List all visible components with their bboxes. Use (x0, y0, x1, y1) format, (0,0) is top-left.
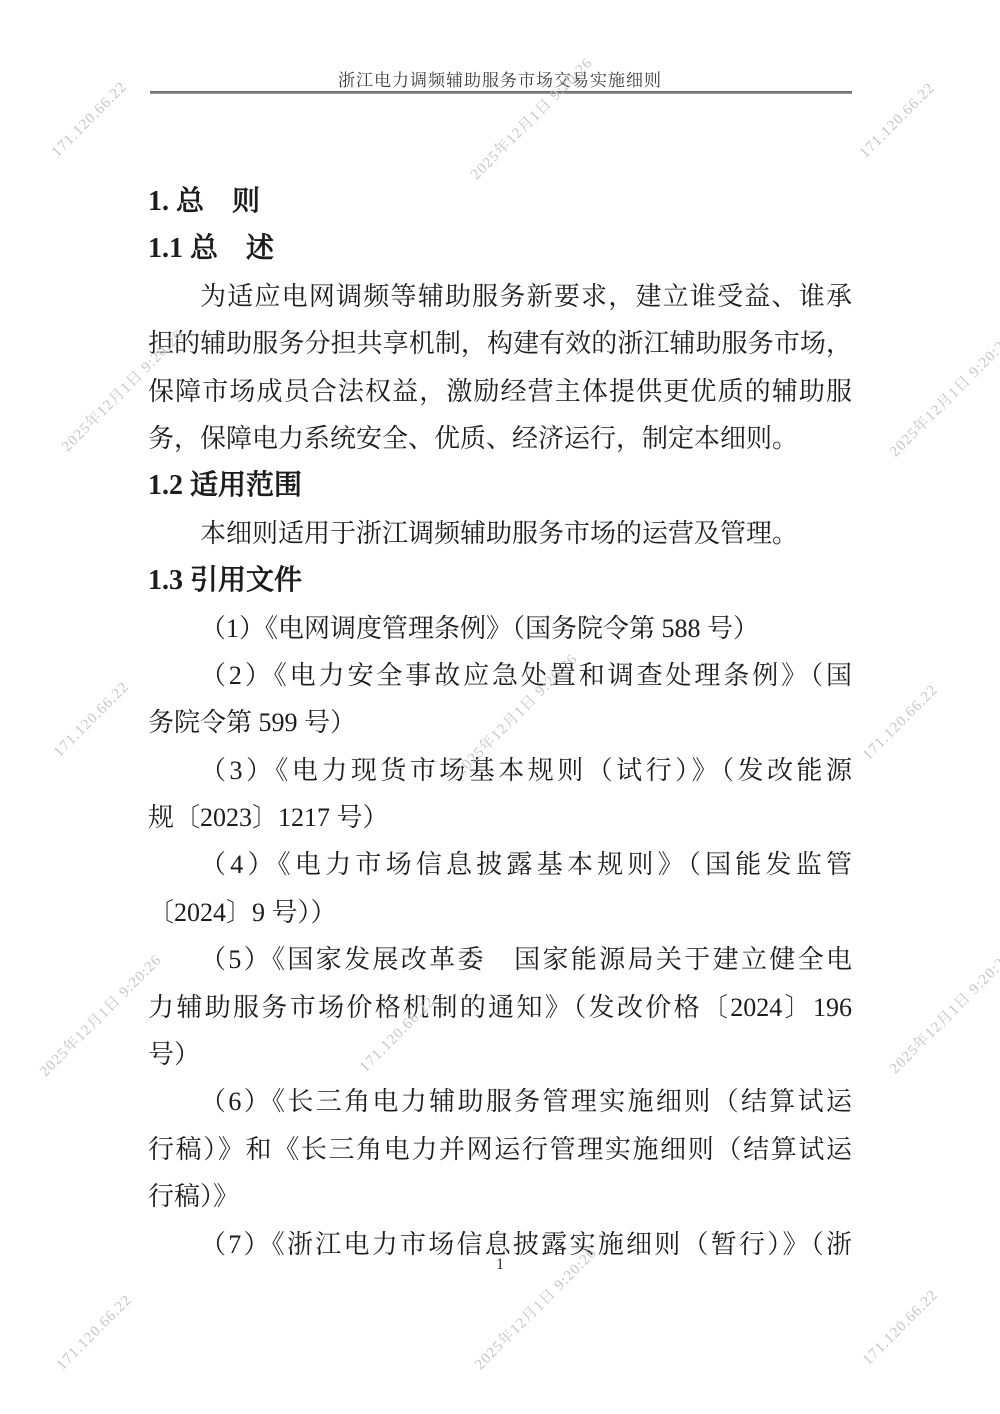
watermark-ip-address: 171.120.66.22 (857, 80, 939, 162)
text-line: 务院令第 599 号） (148, 699, 852, 746)
text-line: （4）《电力市场信息披露基本规则》（国能发监管 (148, 841, 852, 888)
watermark-datetime: 2025年12月1日 9:20:26 (884, 946, 1000, 1078)
text-line: 力辅助服务市场价格机制的通知》（发改价格〔2024〕196 (148, 984, 852, 1031)
text-line: 本细则适用于浙江调频辅助服务市场的运营及管理。 (148, 510, 852, 557)
text-line: 担的辅助服务分担共享机制，构建有效的浙江辅助服务市场， (148, 320, 852, 367)
page-number: 1 (0, 1256, 1000, 1274)
text-line: 行稿）》和《长三角电力并网运行管理实施细则（结算试运 (148, 1126, 852, 1173)
watermark-ip-address: 171.120.66.22 (49, 79, 131, 161)
heading-2: 1.1 总 述 (148, 225, 852, 272)
page-header-title: 浙江电力调频辅助服务市场交易实施细则 (0, 66, 1000, 91)
watermark-datetime: 2025年12月1日 9:20:26 (34, 949, 166, 1081)
text-line: 号） (148, 1031, 852, 1078)
heading-2: 1.3 引用文件 (148, 557, 852, 604)
text-line: 行稿）》 (148, 1173, 852, 1220)
text-line: 保障市场成员合法权益，激励经营主体提供更优质的辅助服 (148, 368, 852, 415)
watermark-ip-address: 171.120.66.22 (54, 1292, 136, 1374)
text-line: 务，保障电力系统安全、优质、经济运行，制定本细则。 (148, 415, 852, 462)
document-body: 1. 总 则1.1 总 述为适应电网调频等辅助服务新要求，建立谁受益、谁承担的辅… (148, 178, 852, 1268)
document-page: 浙江电力调频辅助服务市场交易实施细则 1. 总 则1.1 总 述为适应电网调频等… (0, 0, 1000, 1414)
text-line: （3）《电力现货市场基本规则（试行）》（发改能源 (148, 747, 852, 794)
text-line: （2）《电力安全事故应急处置和调查处理条例》（国 (148, 652, 852, 699)
text-line: （1）《电网调度管理条例》（国务院令第 588 号） (148, 605, 852, 652)
text-line: 为适应电网调频等辅助服务新要求，建立谁受益、谁承 (148, 273, 852, 320)
heading-1: 1. 总 则 (148, 178, 852, 225)
text-line: （6）《长三角电力辅助服务管理实施细则（结算试运 (148, 1078, 852, 1125)
text-line: （5）《国家发展改革委 国家能源局关于建立健全电 (148, 936, 852, 983)
watermark-ip-address: 171.120.66.22 (860, 682, 942, 764)
text-line: 〔2024〕9 号）） (148, 889, 852, 936)
watermark-ip-address: 171.120.66.22 (51, 679, 133, 761)
watermark-datetime: 2025年12月1日 9:20:26 (884, 329, 1000, 461)
watermark-ip-address: 171.120.66.22 (860, 1287, 942, 1369)
heading-2: 1.2 适用范围 (148, 462, 852, 509)
text-line: 规〔2023〕1217 号） (148, 794, 852, 841)
header-divider-line (150, 91, 852, 94)
